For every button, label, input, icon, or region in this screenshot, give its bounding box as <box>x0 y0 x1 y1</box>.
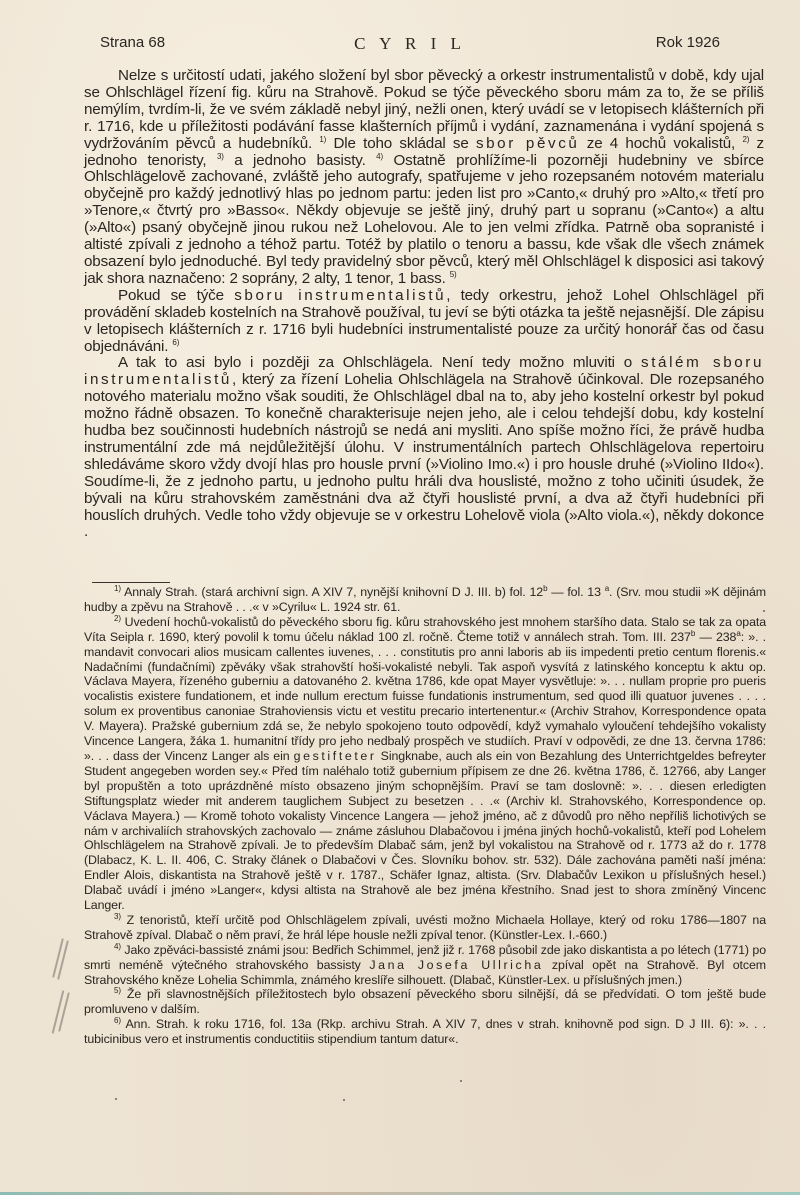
footnote: 1) Annaly Strah. (stará archivní sign. A… <box>84 585 766 615</box>
emphasized-spaced-text: sboru instrumentalistů <box>234 287 446 304</box>
paper-speck <box>343 1099 345 1101</box>
footnote-separator-rule <box>92 582 170 583</box>
text-run: Že při slavnostnějších příležitostech by… <box>84 987 766 1016</box>
footnote-marker: 5) <box>114 986 121 995</box>
text-run: a jednoho basisty. <box>224 152 376 169</box>
footnote-marker: 1) <box>114 584 121 593</box>
text-run: Z tenoristů, kteří určitě pod Ohlschläge… <box>84 913 766 942</box>
scanned-page: Strana 68 C Y R I L Rok 1926 Nelze s urč… <box>0 0 800 1195</box>
text-run: Pokud se týče <box>118 287 234 304</box>
body-paragraph: Pokud se týče sboru instrumentalistů, te… <box>84 288 764 356</box>
footnote-reference: 6) <box>172 337 179 346</box>
body-paragraph: A tak to asi bylo i později za Ohlschläg… <box>84 355 764 541</box>
footnote-marker: 2) <box>114 614 121 623</box>
text-run: Ann. Strah. k roku 1716, fol. 13a (Rkp. … <box>84 1017 766 1046</box>
footnote: 2) Uvedení hochů-vokalistů do pěveckého … <box>84 615 766 913</box>
text-run: : ». . mandavit convocari alios musicam … <box>84 630 766 763</box>
main-body-text: Nelze s určitostí udati, jakého složení … <box>84 68 764 541</box>
emphasized-spaced-text: sbor pěvců <box>476 135 580 152</box>
footnote: 5) Že při slavnostnějších příležitostech… <box>84 987 766 1017</box>
text-run: Uvedení hochů-vokalistů do pěveckého sbo… <box>84 615 766 644</box>
footnote-reference: 4) <box>376 151 383 160</box>
emphasized-spaced-text: Jana Josefa Ullricha <box>369 958 543 972</box>
footnote: 3) Z tenoristů, kteří určitě pod Ohlschl… <box>84 913 766 943</box>
body-paragraph: Nelze s určitostí udati, jakého složení … <box>84 68 764 288</box>
footnote: 6) Ann. Strah. k roku 1716, fol. 13a (Rk… <box>84 1017 766 1047</box>
footnote-reference: 3) <box>217 151 224 160</box>
footnote-marker: 4) <box>114 942 121 951</box>
year-label: Rok 1926 <box>656 34 720 51</box>
footnote: 4) Jako zpěváci-bassisté známi jsou: Bed… <box>84 943 766 988</box>
footnotes-section: 1) Annaly Strah. (stará archivní sign. A… <box>84 585 766 1047</box>
text-run: , který za řízení Lohelia Ohlschlägela n… <box>84 371 764 540</box>
running-header: Strana 68 C Y R I L Rok 1926 <box>100 34 720 58</box>
footnote-marker: 3) <box>114 912 121 921</box>
paper-speck <box>763 610 765 612</box>
paper-speck <box>460 1080 462 1082</box>
text-run: A tak to asi bylo i později za Ohlschläg… <box>118 354 641 371</box>
emphasized-spaced-text: gestifteter <box>294 749 377 763</box>
text-run: Dle toho skládal se <box>326 135 476 152</box>
text-run: Annaly Strah. (stará archivní sign. A XI… <box>124 585 543 599</box>
paper-speck <box>115 1098 117 1100</box>
footnote-reference: 5) <box>450 270 457 279</box>
text-run: — fol. 13 <box>547 585 604 599</box>
footnote-marker: 6) <box>114 1016 121 1025</box>
text-run: — 238 <box>695 630 736 644</box>
text-run: Singknabe, auch als ein von Bezahlung de… <box>84 749 766 912</box>
journal-title: C Y R I L <box>100 34 720 54</box>
text-run: Ostatně prohlížíme-li pozorněji hudebnin… <box>84 152 764 287</box>
text-run: ze 4 hochů vokalistů, <box>579 135 742 152</box>
